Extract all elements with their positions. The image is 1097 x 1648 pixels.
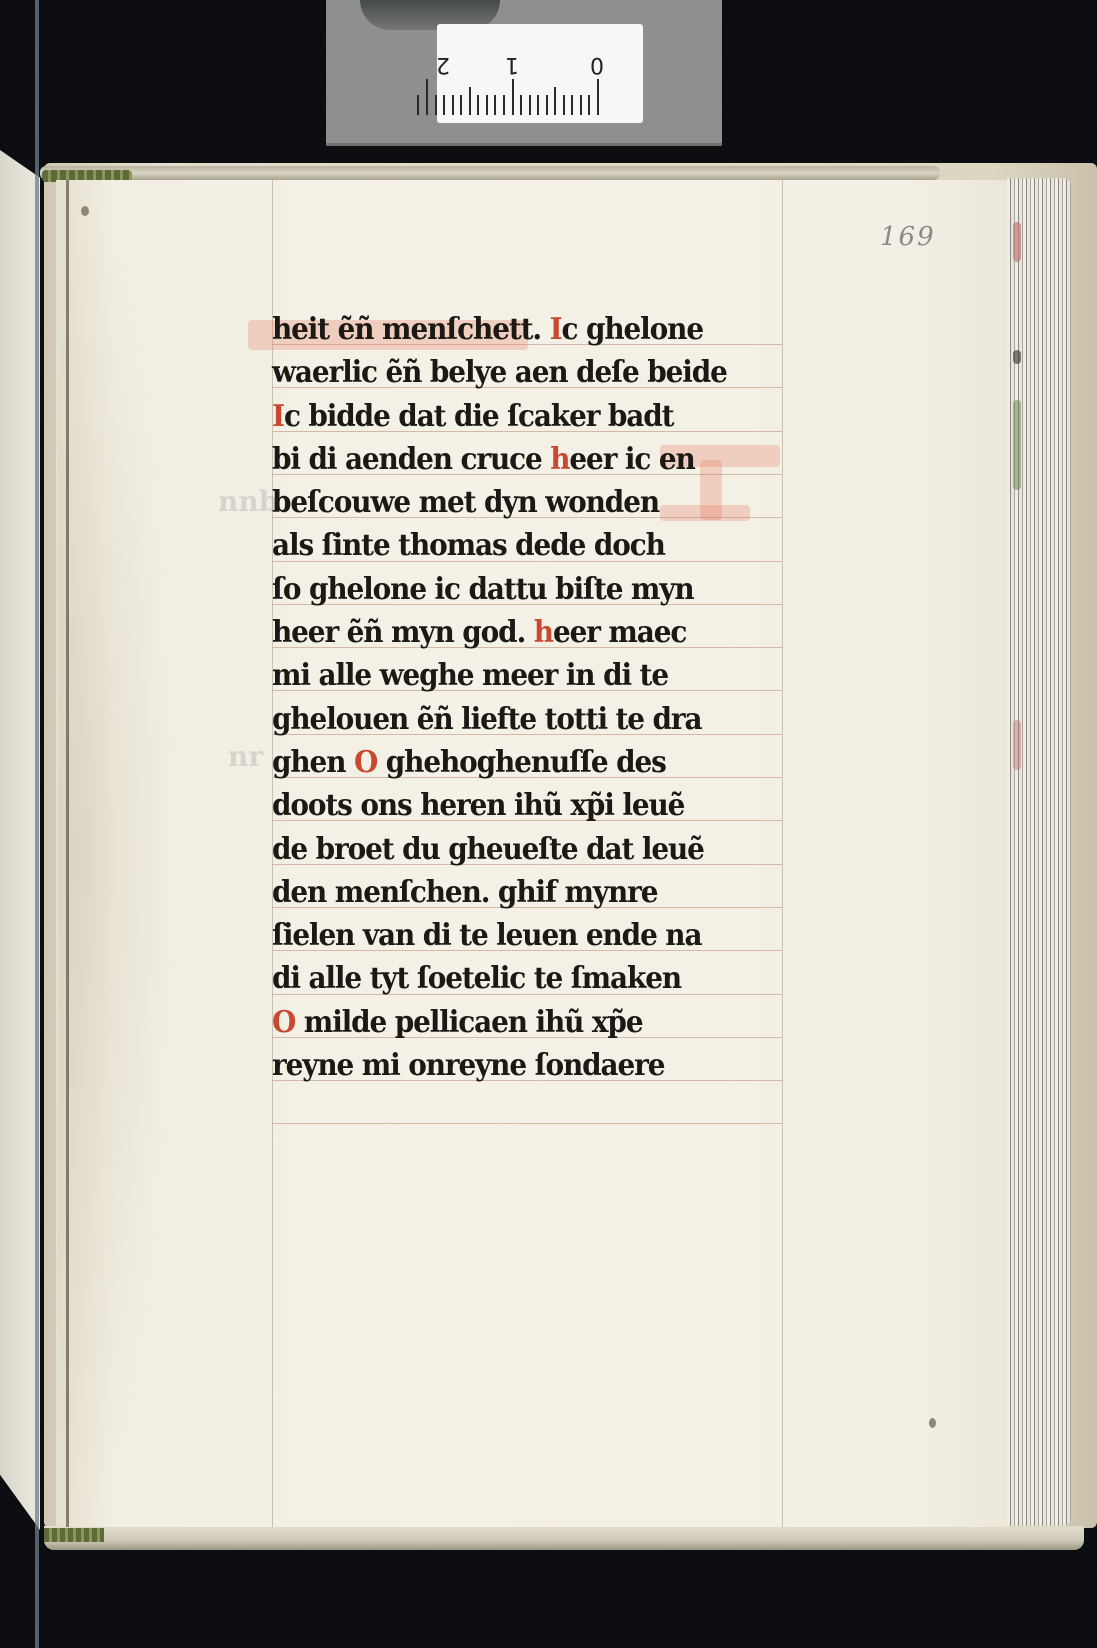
ruler-tick [460, 95, 462, 115]
ruler-tick [580, 95, 582, 115]
stain-dot [929, 1418, 936, 1428]
page-block-edges [1007, 178, 1071, 1526]
ruler-tick [477, 95, 479, 115]
ruler-tick [486, 95, 488, 115]
manuscript-line: heit ẽñ menſchett. Ic ghelone [272, 308, 756, 351]
bottom-edge-binding [44, 1526, 1084, 1550]
line-text: heer ẽñ myn god. [272, 615, 534, 650]
line-text: ghehoghenuſſe des [377, 745, 666, 780]
ruler-tick [588, 95, 590, 115]
line-text: de broet du gheueſte dat leuẽ [272, 832, 704, 867]
ruler-label-0: 0 [587, 52, 607, 77]
manuscript-line: Ic bidde dat die ſcaker badt [272, 395, 756, 438]
headband-bottom [44, 1528, 104, 1542]
centimeter-ruler: 0 1 2 [437, 24, 643, 123]
ruling-line [272, 1123, 782, 1124]
ruler-label-2: 2 [433, 52, 453, 77]
folio-number: 169 [880, 222, 936, 252]
ruler-tick [469, 87, 471, 115]
manuscript-text: heit ẽñ menſchett. Ic ghelonewaerlic ẽñ … [272, 308, 792, 1087]
line-text: ghelouen ẽñ liefte totti te dra [272, 702, 701, 737]
ruler-tick [435, 95, 437, 115]
glass-plate-edge [35, 0, 39, 1648]
edge-decoration-red [1013, 222, 1021, 262]
manuscript-line: de broet du gheueſte dat leuẽ [272, 828, 756, 871]
ruler-tick [563, 95, 565, 115]
manuscript-line: O milde pellicaen ihũ xp̃e [272, 1001, 756, 1044]
ruler-tick [546, 95, 548, 115]
line-text: eer maec [553, 615, 686, 650]
line-text: waerlic ẽñ belye aen deſe beide [272, 355, 727, 390]
stain-dot [81, 206, 89, 216]
manuscript-line: ſielen van di te leuen ende na [272, 914, 756, 957]
line-text: heit ẽñ menſchett. [272, 312, 550, 347]
line-text: ſielen van di te leuen ende na [272, 918, 701, 953]
manuscript-line: ſo ghelone ic dattu biſte myn [272, 568, 756, 611]
rubricated-initial: h [550, 442, 569, 477]
manuscript-line: beſcouwe met dyn wonden [272, 481, 756, 524]
rubricated-initial: I [550, 312, 562, 347]
manuscript-line: bi di aenden cruce heer ic en [272, 438, 756, 481]
line-text: di alle tyt ſoetelic te ſmaken [272, 961, 681, 996]
line-text: c bidde dat die ſcaker badt [284, 399, 673, 434]
manuscript-line: den menſchen. ghif mynre [272, 871, 756, 914]
ruler-tick [443, 95, 445, 115]
rubricated-initial: h [534, 615, 553, 650]
ruler-tick [452, 95, 454, 115]
rubricated-initial: I [272, 399, 284, 434]
show-through-text: nr [228, 740, 263, 773]
line-text: c ghelone [562, 312, 703, 347]
manuscript-line: doots ons heren ihũ xp̃i leuẽ [272, 784, 756, 827]
line-text: mi alle weghe meer in di te [272, 658, 668, 693]
facing-page-edge [0, 150, 40, 1530]
line-text: reyne mi onreyne ſondaere [272, 1048, 664, 1083]
show-through-text: nnb [218, 485, 278, 518]
line-text: doots ons heren ihũ xp̃i leuẽ [272, 788, 684, 823]
line-text: eer ic en [569, 442, 694, 477]
manuscript-line: ghelouen ẽñ liefte totti te dra [272, 698, 756, 741]
ruler-tick [494, 95, 496, 115]
ruler-tick [571, 95, 573, 115]
ruler-tick [537, 95, 539, 115]
ruler-tick [597, 79, 599, 115]
line-text: ſo ghelone ic dattu biſte myn [272, 572, 694, 607]
edge-decoration-green [1013, 400, 1021, 490]
line-text: ghen [272, 745, 354, 780]
ruler-tick [426, 79, 428, 115]
line-text: bi di aenden cruce [272, 442, 550, 477]
ruler-tick [417, 95, 419, 115]
manuscript-line: waerlic ẽñ belye aen deſe beide [272, 351, 756, 394]
ruler-tick [512, 79, 514, 115]
ruler-tick [529, 95, 531, 115]
line-text: den menſchen. ghif mynre [272, 875, 657, 910]
manuscript-line: heer ẽñ myn god. heer maec [272, 611, 756, 654]
gutter-fold [66, 180, 69, 1527]
line-text: als ſinte thomas dede doch [272, 528, 665, 563]
gutter-stain [58, 180, 178, 1527]
manuscript-line: di alle tyt ſoetelic te ſmaken [272, 957, 756, 1000]
line-text: beſcouwe met dyn wonden [272, 485, 659, 520]
ruler-tick [520, 95, 522, 115]
ruler-label-1: 1 [502, 52, 522, 77]
rubricated-initial: O [354, 745, 377, 780]
manuscript-line: ghen O ghehoghenuſſe des [272, 741, 756, 784]
edge-decoration-red-2 [1013, 720, 1021, 770]
ruler-tick [554, 87, 556, 115]
ruler-tick [503, 95, 505, 115]
line-text: milde pellicaen ihũ xp̃e [295, 1005, 642, 1040]
edge-mark [1013, 350, 1021, 364]
manuscript-line: mi alle weghe meer in di te [272, 654, 756, 697]
rubricated-initial: O [272, 1005, 295, 1040]
manuscript-line: reyne mi onreyne ſondaere [272, 1044, 756, 1087]
top-edge-binding [40, 166, 940, 180]
manuscript-line: als ſinte thomas dede doch [272, 524, 756, 567]
